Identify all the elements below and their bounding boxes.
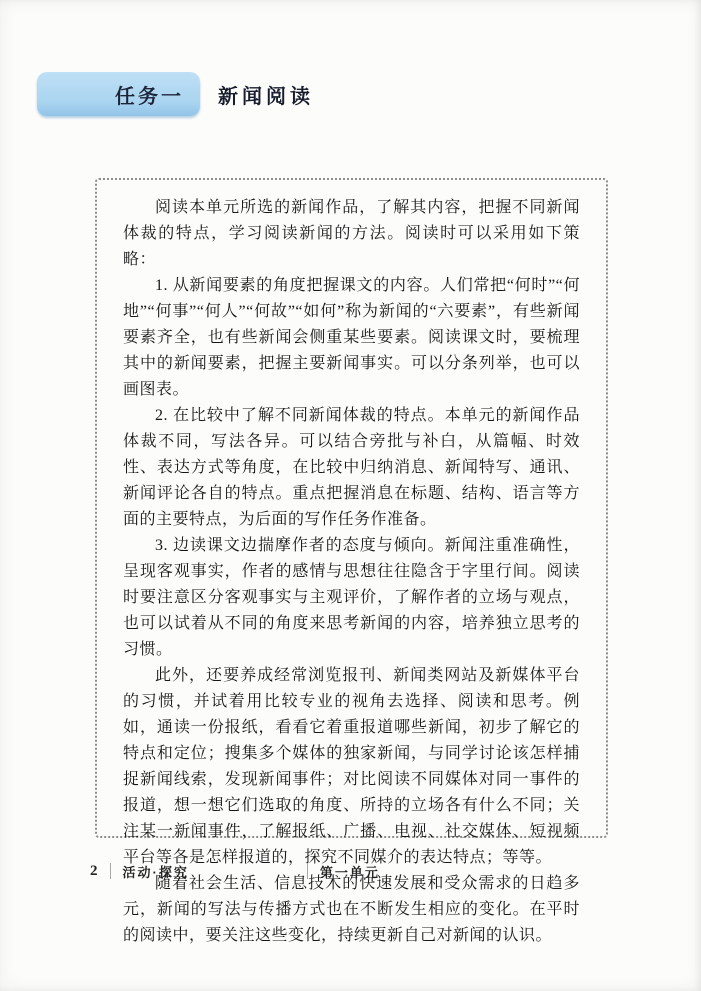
paragraph-habits: 此外，还要养成经常浏览报刊、新闻类网站及新媒体平台的习惯，并试着用比较专业的视角… (123, 663, 580, 871)
paragraph-strategy-2: 2. 在比较中了解不同新闻体裁的特点。本单元的新闻作品体裁不同，写法各异。可以结… (123, 403, 580, 533)
footer-unit-label: 第一单元 (320, 862, 380, 881)
page-footer: 2 活动·探究 第一单元 (90, 860, 380, 882)
paragraph-strategy-1: 1. 从新闻要素的角度把握课文的内容。人们常把“何时”“何地”“何事”“何人”“… (123, 273, 580, 403)
paragraph-intro: 阅读本单元所选的新闻作品，了解其内容，把握不同新闻体裁的特点，学习阅读新闻的方法… (123, 195, 580, 273)
textbook-page: 任务一 新闻阅读 阅读本单元所选的新闻作品，了解其内容，把握不同新闻体裁的特点，… (0, 0, 701, 991)
page-title: 新闻阅读 (218, 80, 314, 109)
footer-divider (307, 863, 308, 879)
paragraph-outlook: 随着社会生活、信息技术的快速发展和受众需求的日趋多元，新闻的写法与传播方式也在不… (123, 871, 580, 949)
footer-divider (110, 863, 111, 879)
reading-strategies-box: 阅读本单元所选的新闻作品，了解其内容，把握不同新闻体裁的特点，学习阅读新闻的方法… (95, 178, 608, 838)
task-label: 任务一 (115, 80, 184, 109)
paragraph-strategy-3: 3. 边读课文边揣摩作者的态度与倾向。新闻注重准确性，呈现客观事实，作者的感情与… (123, 533, 580, 663)
task-pill: 任务一 (37, 72, 200, 116)
footer-book-label: 活动·探究 (123, 862, 189, 881)
page-number: 2 (90, 863, 98, 880)
task-header: 任务一 新闻阅读 (37, 72, 314, 116)
